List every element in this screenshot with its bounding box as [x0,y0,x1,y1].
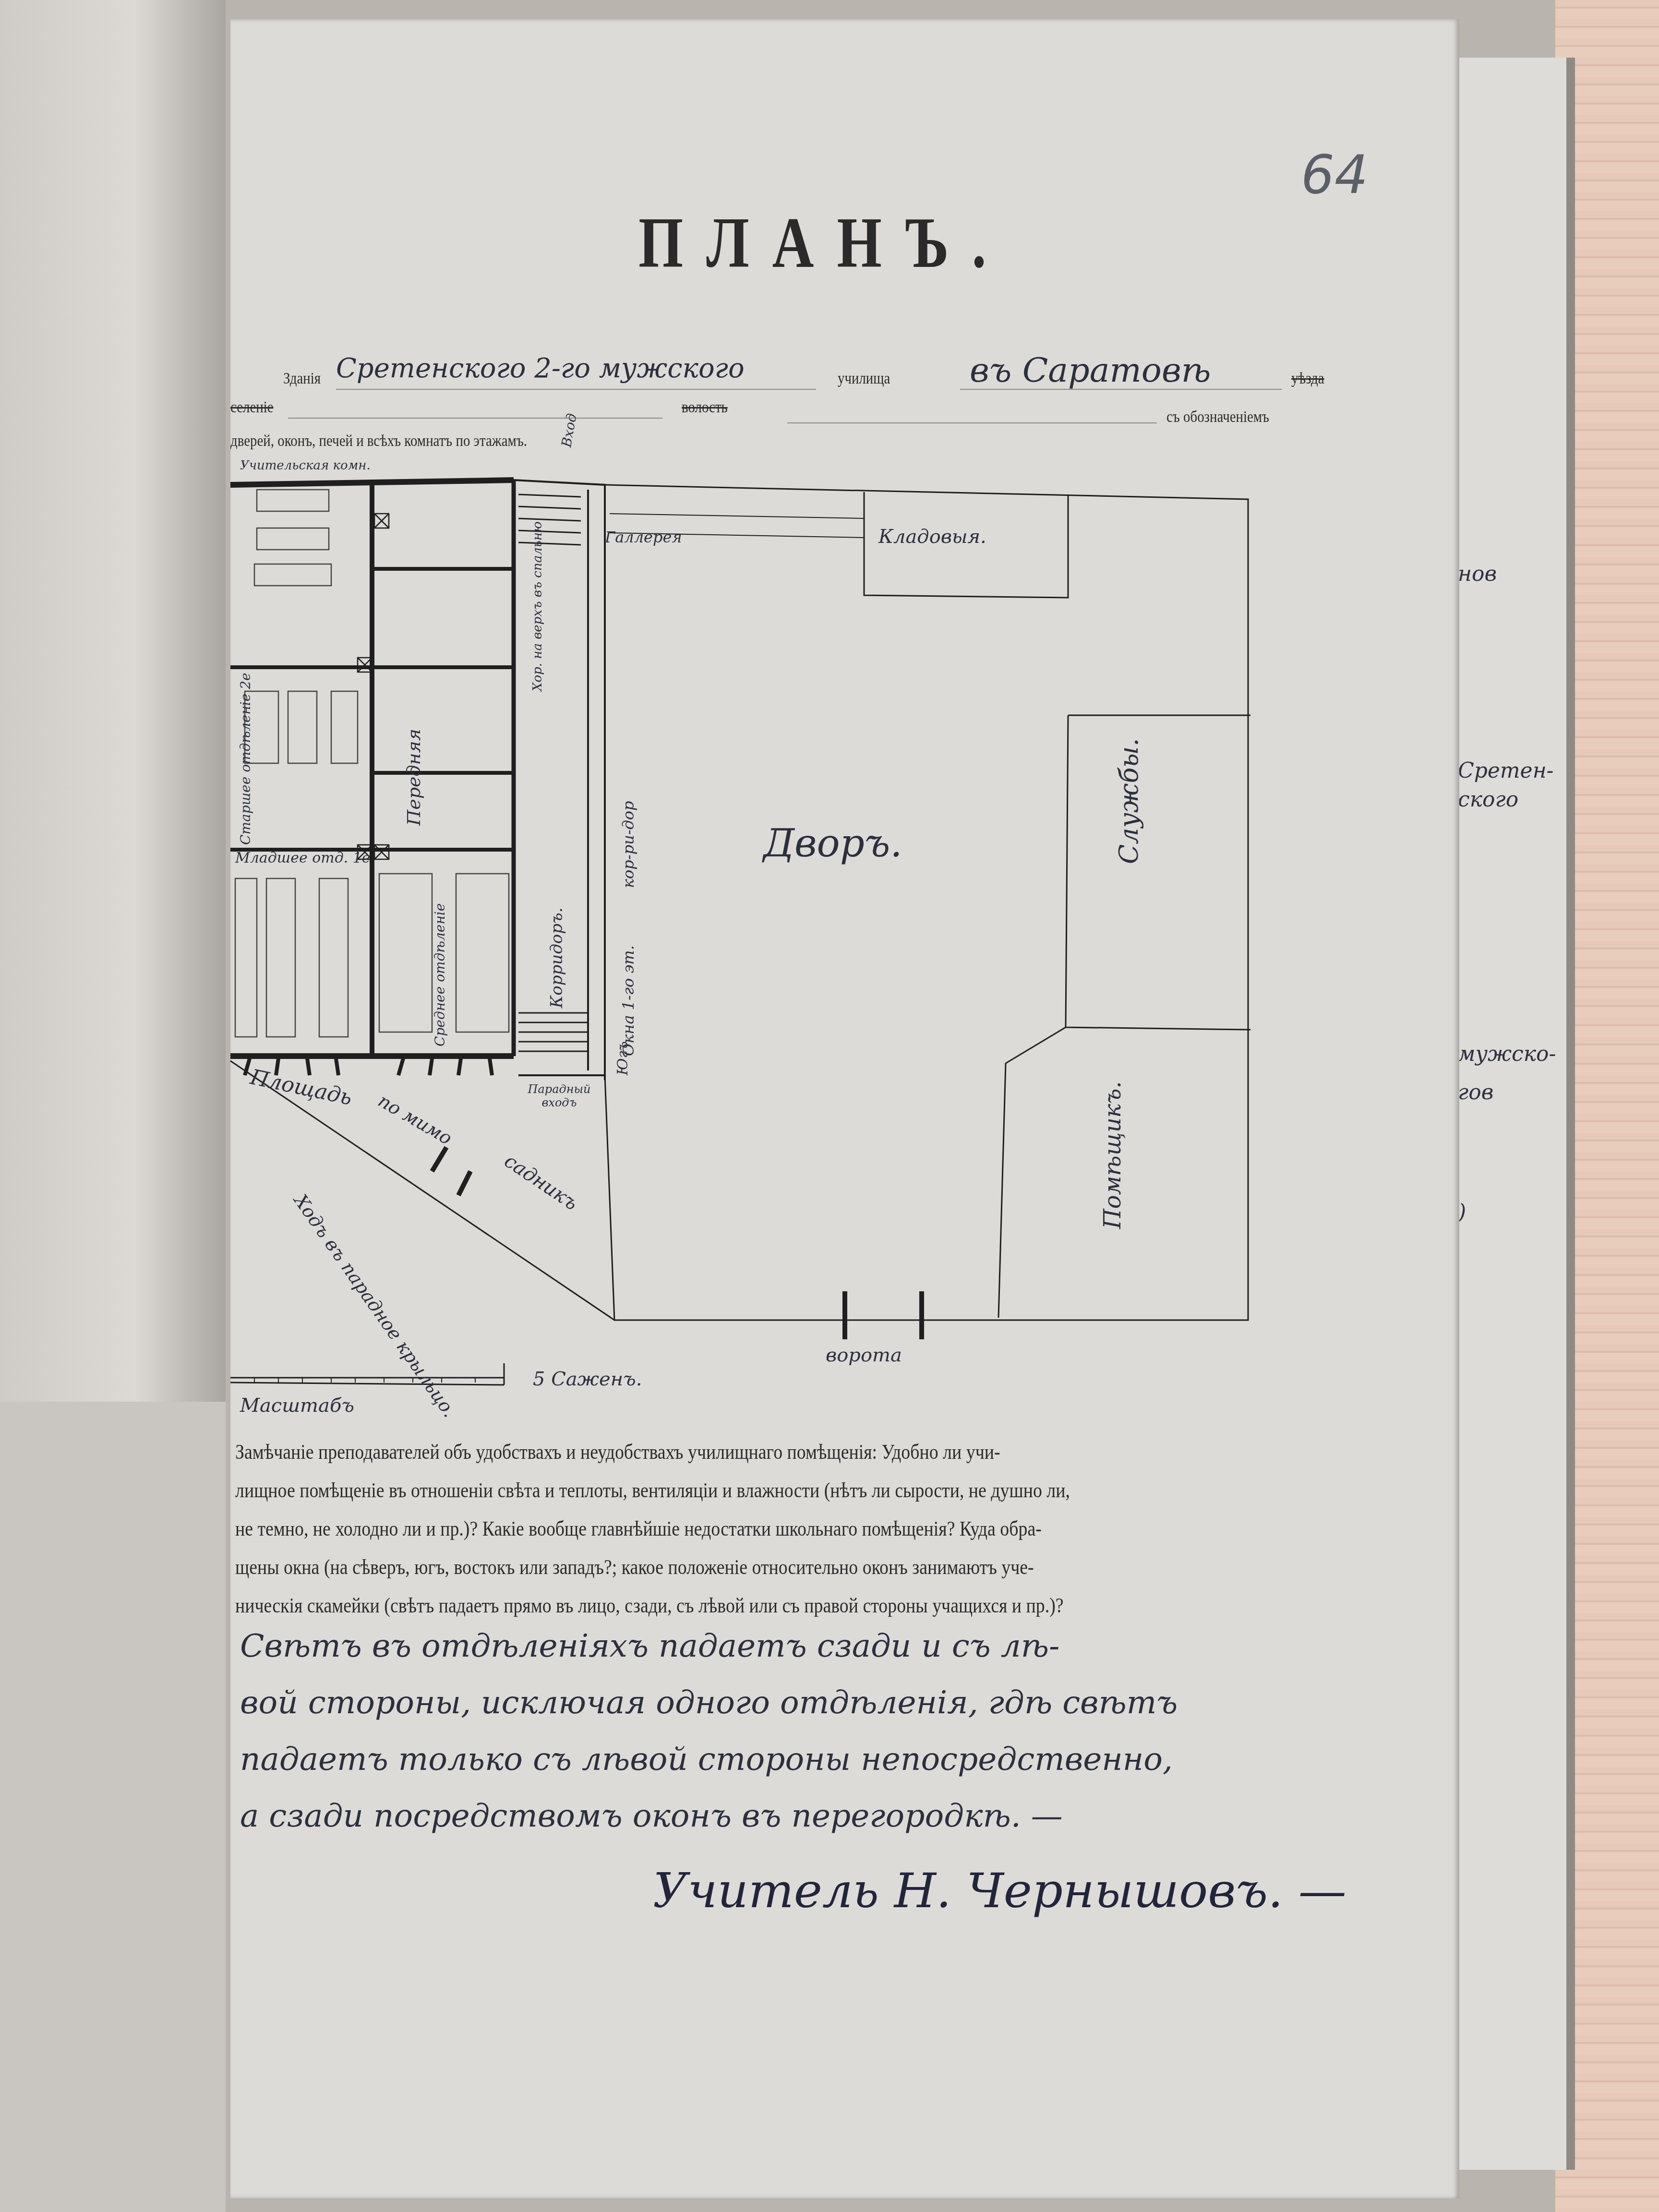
label-middle-dept: Среднее отдѣленіе [432,903,448,1046]
label-coat-room: Хор. на верхъ въ спальню [530,521,545,691]
label-teachers-room: Передняя [403,729,424,826]
scale-label: 5 Саженъ. [533,1368,642,1390]
answer-line: вой стороны, исключая одного отдѣленія, … [240,1674,1416,1731]
question-line: лищное помѣщеніе въ отношеніи свѣта и те… [235,1471,1226,1510]
scale-name: Масштабъ [240,1395,354,1417]
answer-line: падаетъ только съ лѣвой стороны непосред… [240,1731,1416,1788]
label-corridor: Корридоръ. [547,908,566,1008]
label-services: Службы. [1114,738,1144,864]
label-courtyard: Дворъ. [763,821,902,866]
question-line: Замѣчаніе преподавателей объ удобствахъ … [235,1433,1226,1471]
label-neighbor: Помѣщикъ. [1099,1081,1126,1229]
label-windows-note: Окна 1-го эт. [619,945,637,1056]
label-senior-dept: Старшее отдѣленіе 2е [238,673,253,845]
answer-line: Свѣтъ въ отдѣленіяхъ падаетъ сзади и съ … [240,1618,1416,1674]
answer-line: а сзади посредствомъ оконъ въ перегородк… [240,1788,1416,1844]
label-pantry: Кладовыя. [878,526,986,548]
label-gates: ворота [826,1344,902,1366]
label-gallery: Галлерея [605,528,682,546]
label-junior-dept: Младшее отд. 1е [235,850,371,866]
remarks-question: Замѣчаніе преподавателей объ удобствахъ … [235,1433,1387,1625]
question-line: щены окна (на сѣверъ, югъ, востокъ или з… [235,1548,1226,1587]
remarks-answer: Свѣтъ въ отдѣленіяхъ падаетъ сзади и съ … [240,1618,1416,1844]
label-front-entrance: Парадный входъ [526,1082,593,1109]
label-upper: Учительская комн. [240,458,371,473]
teacher-signature: Учитель Н. Чернышовъ. — [653,1863,1346,1919]
label-corridor-note: кор-ри-дор [619,801,637,888]
question-line: не темно, не холодно ли и пр.)? Какіе во… [235,1510,1226,1548]
label-south: Югъ [614,1041,631,1075]
